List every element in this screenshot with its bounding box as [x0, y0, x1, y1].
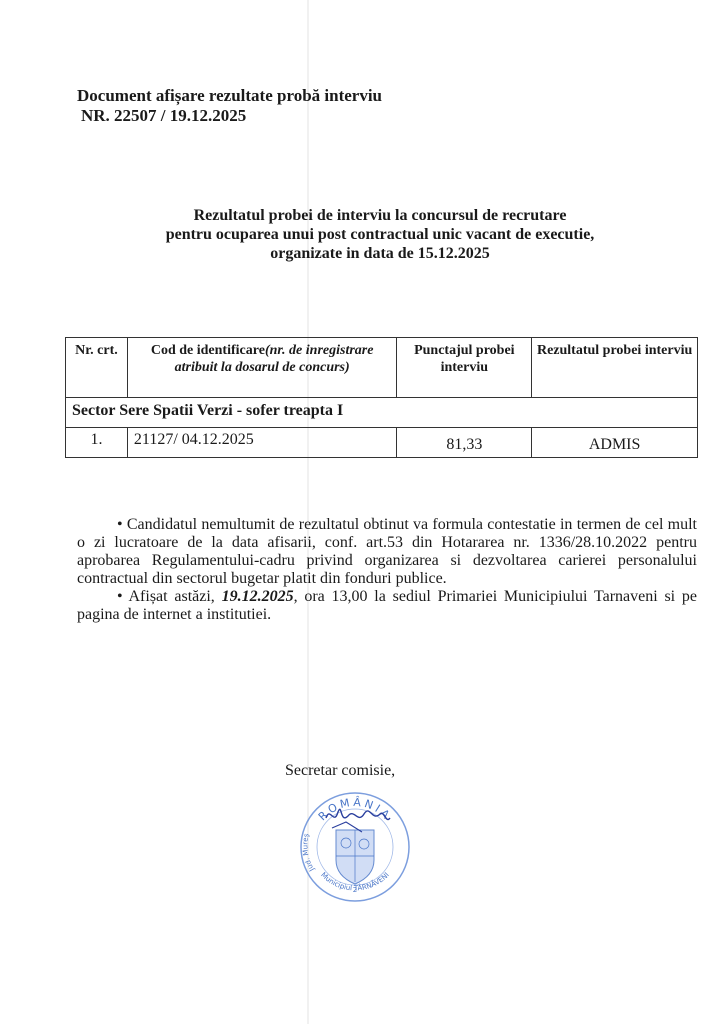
header-cod-identificare: Cod de identificare(nr. de inregistrare …: [127, 338, 397, 398]
stamp-number: 2: [353, 886, 357, 894]
cell-nr: 1.: [66, 428, 128, 458]
title-line-1: Rezultatul probei de interviu la concurs…: [100, 206, 660, 225]
title-line-2: pentru ocuparea unui post contractual un…: [100, 225, 660, 244]
note-afisat-prefix: • Afișat astăzi,: [117, 588, 222, 605]
table-row: 1. 21127/ 04.12.2025 81,33 ADMIS: [66, 428, 698, 458]
document-title: Document afișare rezultate probă intervi…: [77, 86, 382, 106]
document-number: NR. 22507 / 19.12.2025: [77, 106, 382, 126]
header-punctaj: Punctajul probei interviu: [397, 338, 532, 398]
stamp-text-left: Jud. Mureș: [301, 833, 316, 874]
official-stamp-icon: ROMÂNIA Municipiul TÂRNĂVENI Jud. Mureș …: [296, 788, 414, 906]
cell-rezultat: ADMIS: [532, 428, 698, 458]
table-header-row: Nr. crt. Cod de identificare(nr. de inre…: [66, 338, 698, 398]
section-row: Sector Sere Spatii Verzi - sofer treapta…: [66, 398, 698, 428]
header-rezultat: Rezultatul probei interviu: [532, 338, 698, 398]
note-contestatie: • Candidatul nemultumit de rezultatul ob…: [77, 516, 697, 588]
header-nr-crt: Nr. crt.: [66, 338, 128, 398]
results-title: Rezultatul probei de interviu la concurs…: [100, 206, 660, 263]
header-cod-main: Cod de identificare: [151, 343, 265, 358]
note-afisat: • Afișat astăzi, 19.12.2025, ora 13,00 l…: [77, 588, 697, 624]
section-label: Sector Sere Spatii Verzi - sofer treapta…: [66, 398, 698, 428]
title-line-3: organizate in data de 15.12.2025: [100, 244, 660, 263]
notes-section: • Candidatul nemultumit de rezultatul ob…: [77, 516, 697, 624]
note-afisat-date: 19.12.2025: [222, 588, 294, 605]
svg-text:Jud. Mureș: Jud. Mureș: [301, 833, 316, 874]
cell-cod: 21127/ 04.12.2025: [127, 428, 397, 458]
document-header: Document afișare rezultate probă intervi…: [77, 86, 382, 126]
cell-punctaj: 81,33: [397, 428, 532, 458]
results-table: Nr. crt. Cod de identificare(nr. de inre…: [65, 337, 698, 458]
signature-label: Secretar comisie,: [285, 762, 395, 780]
